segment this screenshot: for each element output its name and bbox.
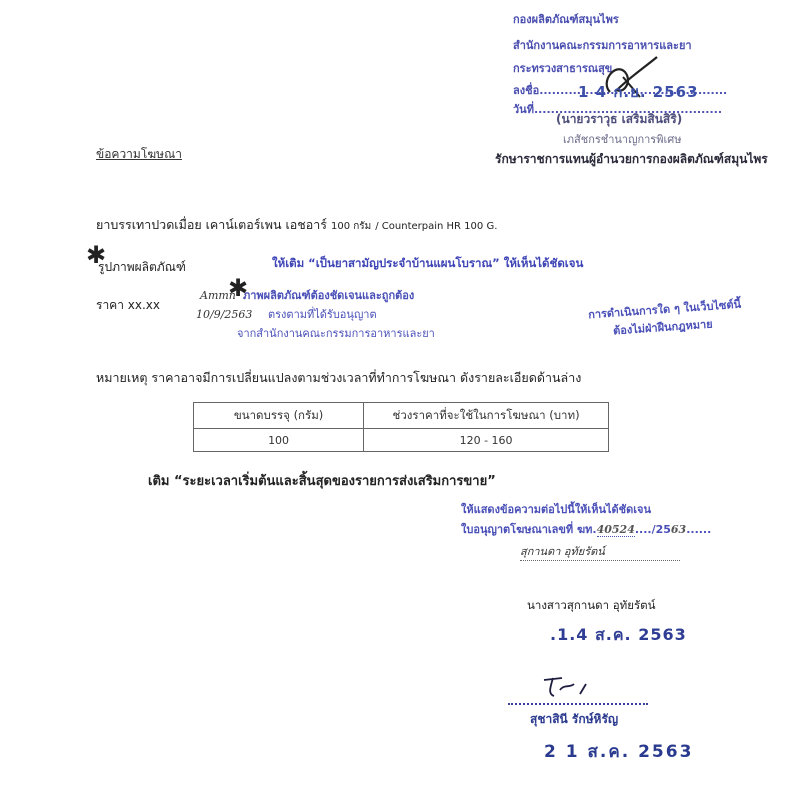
final-approver-name: สุชาสินี รักษ์หิรัญ xyxy=(530,710,618,729)
table-header-cell: ขนาดบรรจุ (กรัม) xyxy=(194,403,364,429)
signature-scribble-icon xyxy=(540,670,590,705)
table-header-cell: ช่วงราคาที่จะใช้ในการโฆษณา (บาท) xyxy=(364,403,609,429)
license-stamp-line1: ให้แสดงข้อความต่อไปนี้ให้เห็นได้ชัดเจน xyxy=(461,500,651,518)
product-name-th: ยาบรรเทาปวดเมื่อย เคาน์เตอร์เพน เอชอาร์ xyxy=(96,217,327,232)
officer-title: เภสัชกรชำนาญการพิเศษ xyxy=(563,130,681,148)
table-header-row: ขนาดบรรจุ (กรัม) ช่วงราคาที่จะใช้ในการโฆ… xyxy=(194,403,609,429)
table-row: 100 120 - 160 xyxy=(194,429,609,452)
stamp-date: 1 4 ก.ย. 2563 xyxy=(578,80,699,104)
image-note-line2: ตรงตามที่ได้รับอนุญาต xyxy=(268,305,377,323)
officer-name: (นายวราวุธ เสริมสินสิริ) xyxy=(556,110,682,129)
handwritten-date: 10/9/2563 xyxy=(196,308,252,321)
remark-text: หมายเหตุ ราคาอาจมีการเปลี่ยนแปลงตามช่วงเ… xyxy=(96,368,581,388)
stamp-division: กองผลิตภัณฑ์สมุนไพร xyxy=(513,14,619,25)
signature-line xyxy=(508,703,648,705)
handwritten-signature: สุกานดา อุทัยรัตน์ xyxy=(520,542,680,561)
price-label: ราคา xx.xx xyxy=(96,296,160,315)
acting-title: รักษาราชการแทนผู้อำนวยการกองผลิตภัณฑ์สมุ… xyxy=(495,150,768,169)
add-promotion-period-instruction: เติม “ระยะเวลาเริ่มต้นและสิ้นสุดของรายกา… xyxy=(148,470,496,491)
license-number: 40524 xyxy=(597,523,635,537)
product-title: ยาบรรเทาปวดเมื่อย เคาน์เตอร์เพน เอชอาร์ … xyxy=(96,215,497,235)
price-table: ขนาดบรรจุ (กรัม) ช่วงราคาที่จะใช้ในการโฆ… xyxy=(193,402,609,452)
add-traditional-note: ให้เติม “เป็นยาสามัญประจำบ้านแผนโบราณ” ใ… xyxy=(272,255,583,273)
table-cell: 100 xyxy=(194,429,364,452)
table-cell: 120 - 160 xyxy=(364,429,609,452)
license-year: 63 xyxy=(671,523,686,536)
final-approval-date: 2 1 ส.ค. 2563 xyxy=(544,738,693,765)
license-sign-date: .1.4 ส.ค. 2563 xyxy=(550,623,687,648)
stamp-office: สำนักงานคณะกรรมการอาหารและยา xyxy=(513,40,692,51)
image-note-line1: ภาพผลิตภัณฑ์ต้องชัดเจนและถูกต้อง xyxy=(243,286,414,304)
license-stamp-line2: ใบอนุญาตโฆษณาเลขที่ ฆท.40524..../2563...… xyxy=(461,520,711,538)
image-label: รูปภาพผลิตภัณฑ์ xyxy=(98,258,186,277)
signer-name: นางสาวสุกานดา อุทัยรัตน์ xyxy=(527,597,655,615)
document-heading: ข้อความโฆษณา xyxy=(96,145,182,164)
image-note-line3: จากสำนักงานคณะกรรมการอาหารและยา xyxy=(237,324,435,342)
product-name-en: / Counterpain HR 100 G. xyxy=(375,221,497,232)
product-size: 100 กรัม xyxy=(331,221,371,232)
